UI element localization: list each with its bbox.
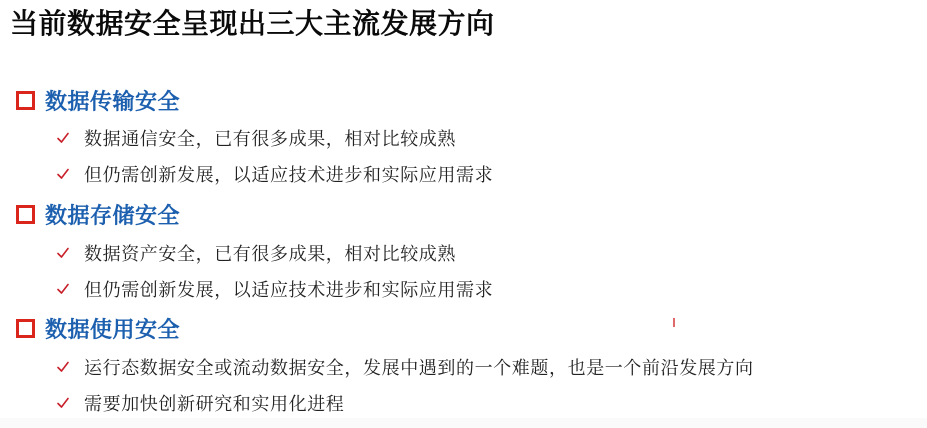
section-heading-usage: 数据使用安全 [16, 313, 180, 343]
section-heading-storage: 数据存储安全 [16, 199, 180, 229]
check-icon [57, 361, 69, 373]
slide-title: 当前数据安全呈现出三大主流发展方向 [10, 4, 495, 44]
bullet-item: 数据通信安全，已有很多成果，相对比较成熟 [57, 125, 456, 151]
section-heading-label: 数据使用安全 [45, 313, 180, 344]
section-heading-label: 数据传输安全 [45, 85, 180, 116]
bullet-item: 但仍需创新发展，以适应技术进步和实际应用需求 [57, 161, 493, 187]
slide: 当前数据安全呈现出三大主流发展方向 数据传输安全 数据通信安全，已有很多成果，相… [0, 0, 927, 428]
hollow-square-icon [16, 319, 35, 338]
bullet-item: 运行态数据安全或流动数据安全，发展中遇到的一个难题，也是一个前沿发展方向 [57, 354, 754, 380]
check-icon [57, 283, 69, 295]
hollow-square-icon [16, 91, 35, 110]
bullet-text: 运行态数据安全或流动数据安全，发展中遇到的一个难题，也是一个前沿发展方向 [84, 354, 754, 380]
text-cursor-mark [673, 318, 675, 327]
bullet-text: 数据资产安全，已有很多成果，相对比较成熟 [84, 240, 456, 266]
bullet-text: 但仍需创新发展，以适应技术进步和实际应用需求 [84, 161, 493, 187]
section-heading-transmission: 数据传输安全 [16, 85, 180, 115]
check-icon [57, 247, 69, 259]
check-icon [57, 397, 69, 409]
hollow-square-icon [16, 205, 35, 224]
bullet-item: 需要加快创新研究和实用化进程 [57, 390, 344, 416]
check-icon [57, 168, 69, 180]
section-heading-label: 数据存储安全 [45, 199, 180, 230]
bullet-text: 但仍需创新发展，以适应技术进步和实际应用需求 [84, 276, 493, 302]
bullet-item: 但仍需创新发展，以适应技术进步和实际应用需求 [57, 276, 493, 302]
bullet-text: 数据通信安全，已有很多成果，相对比较成熟 [84, 125, 456, 151]
bottom-edge [0, 418, 927, 428]
bullet-item: 数据资产安全，已有很多成果，相对比较成熟 [57, 240, 456, 266]
bullet-text: 需要加快创新研究和实用化进程 [84, 390, 344, 416]
check-icon [57, 132, 69, 144]
